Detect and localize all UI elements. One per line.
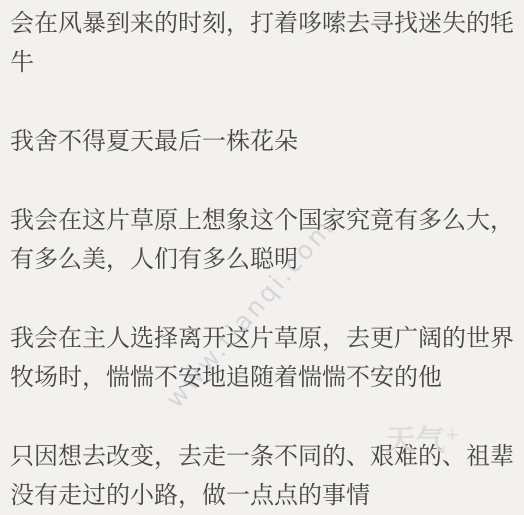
- plus-icon: +: [446, 422, 460, 447]
- paragraph: 我会在主人选择离开这片草原，去更广阔的世界 牧场时，惴惴不安地追随着惴惴不安的他: [10, 319, 516, 397]
- paragraph: 我舍不得夏天最后一株花朵: [10, 122, 516, 161]
- text-line: 有多么美，人们有多么聪明: [10, 240, 516, 279]
- text-line: 牛: [10, 43, 516, 82]
- paragraph: 我会在这片草原上想象这个国家究竟有多么大， 有多么美，人们有多么聪明: [10, 201, 516, 279]
- text-line: 会在风暴到来的时刻，打着哆嗦去寻找迷失的牦: [10, 4, 516, 43]
- tianqi-logo-text: 天气: [386, 425, 446, 457]
- text-line: 没有走过的小路，做一点点的事情: [10, 476, 516, 515]
- text-line: 我舍不得夏天最后一株花朵: [10, 122, 516, 161]
- text-line: 牧场时，惴惴不安地追随着惴惴不安的他: [10, 358, 516, 397]
- text-line: 我会在主人选择离开这片草原，去更广阔的世界: [10, 319, 516, 358]
- tianqi-plus-logo-watermark: 天气+: [386, 418, 460, 459]
- text-line: 我会在这片草原上想象这个国家究竟有多么大，: [10, 201, 516, 240]
- text-page: www.tianqi.com 会在风暴到来的时刻，打着哆嗦去寻找迷失的牦 牛 我…: [0, 0, 524, 515]
- paragraph: 会在风暴到来的时刻，打着哆嗦去寻找迷失的牦 牛: [10, 4, 516, 82]
